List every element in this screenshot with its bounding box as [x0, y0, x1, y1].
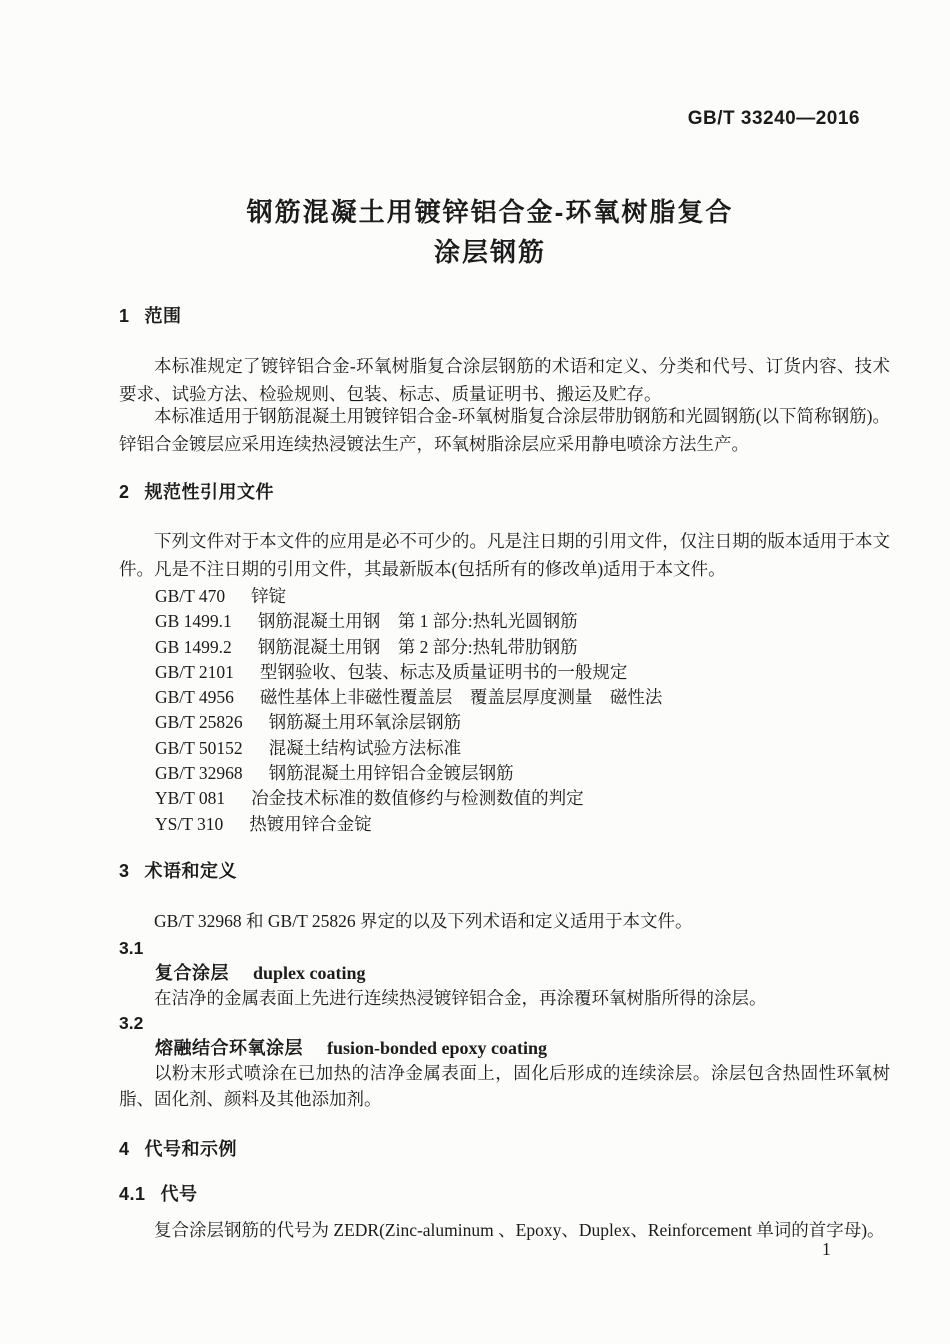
reference-code: GB/T 4956 [155, 687, 234, 707]
reference-code: GB/T 32968 [155, 763, 243, 783]
reference-item: GB/T 2101型钢验收、包装、标志及质量证明书的一般规定 [155, 660, 926, 685]
section-2-paragraph: 下列文件对于本文件的应用是必不可少的。凡是注日期的引用文件，仅注日期的版本适用于… [119, 528, 890, 583]
section-4-heading: 4代号和示例 [119, 1137, 890, 1161]
reference-title: 磁性基体上非磁性覆盖层 覆盖层厚度测量 磁性法 [260, 687, 663, 707]
reference-code: GB/T 25826 [155, 712, 243, 732]
reference-title: 热镀用锌合金锭 [249, 814, 372, 834]
reference-title: 冶金技术标准的数值修约与检测数值的判定 [251, 788, 584, 808]
section-3-intro: GB/T 32968 和 GB/T 25826 界定的以及下列术语和定义适用于本… [119, 908, 890, 936]
page-number: 1 [822, 1239, 831, 1260]
term-1-definition: 在洁净的金属表面上先进行连续热浸镀锌铝合金，再涂覆环氧树脂所得的涂层。 [119, 986, 890, 1012]
reference-code: GB/T 470 [155, 586, 225, 606]
term-1-name: 复合涂层duplex coating [119, 961, 926, 987]
reference-code: GB/T 2101 [155, 662, 234, 682]
reference-list: GB/T 470锌锭 GB 1499.1钢筋混凝土用钢 第 1 部分:热轧光圆钢… [119, 584, 926, 837]
reference-title: 钢筋混凝土用锌铝合金镀层钢筋 [269, 763, 514, 783]
standard-number: GB/T 33240—2016 [688, 108, 860, 130]
section-1-number: 1 [119, 306, 130, 326]
term-2-name-en: fusion-bonded epoxy coating [327, 1038, 547, 1058]
document-title-line2: 涂层钢筋 [30, 232, 950, 272]
reference-item: GB/T 32968钢筋混凝土用锌铝合金镀层钢筋 [155, 761, 926, 786]
reference-title: 混凝土结构试验方法标准 [269, 738, 462, 758]
section-1-paragraph-1: 本标准规定了镀锌铝合金-环氧树脂复合涂层钢筋的术语和定义、分类和代号、订货内容、… [119, 353, 890, 408]
reference-title: 钢筋混凝土用钢 第 2 部分:热轧带肋钢筋 [258, 637, 578, 657]
term-2-definition: 以粉末形式喷涂在已加热的洁净金属表面上，固化后形成的连续涂层。涂层包含热固性环氧… [119, 1061, 890, 1112]
term-1-name-cn: 复合涂层 [155, 963, 229, 983]
section-1-heading: 1范围 [119, 304, 890, 328]
reference-title: 型钢验收、包装、标志及质量证明书的一般规定 [260, 662, 628, 682]
reference-item: GB/T 50152混凝土结构试验方法标准 [155, 736, 926, 761]
reference-code: YB/T 081 [155, 788, 225, 808]
term-2-number: 3.2 [119, 1011, 890, 1037]
reference-code: GB 1499.2 [155, 637, 232, 657]
term-2-name: 熔融结合环氧涂层fusion-bonded epoxy coating [119, 1036, 926, 1062]
reference-item: YS/T 310热镀用锌合金锭 [155, 812, 926, 837]
section-1-title: 范围 [145, 306, 182, 326]
reference-code: GB 1499.1 [155, 611, 232, 631]
section-4-1-heading: 4.1代号 [119, 1182, 890, 1206]
section-4-1-number: 4.1 [119, 1184, 146, 1204]
section-4-1-paragraph: 复合涂层钢筋的代号为 ZEDR(Zinc-aluminum 、Epoxy、Dup… [119, 1217, 890, 1245]
section-1-paragraph-2: 本标准适用于钢筋混凝土用镀锌铝合金-环氧树脂复合涂层带肋钢筋和光圆钢筋(以下简称… [119, 403, 890, 458]
term-2-name-cn: 熔融结合环氧涂层 [155, 1038, 303, 1058]
section-3-title: 术语和定义 [145, 861, 238, 881]
reference-item: GB 1499.2钢筋混凝土用钢 第 2 部分:热轧带肋钢筋 [155, 635, 926, 660]
term-1-name-en: duplex coating [253, 963, 366, 983]
reference-item: GB 1499.1钢筋混凝土用钢 第 1 部分:热轧光圆钢筋 [155, 609, 926, 634]
reference-code: YS/T 310 [155, 814, 223, 834]
reference-item: GB/T 470锌锭 [155, 584, 926, 609]
reference-title: 钢筋混凝土用钢 第 1 部分:热轧光圆钢筋 [258, 611, 578, 631]
reference-code: GB/T 50152 [155, 738, 243, 758]
reference-title: 钢筋凝土用环氧涂层钢筋 [269, 712, 462, 732]
document-page: GB/T 33240—2016 钢筋混凝土用镀锌铝合金-环氧树脂复合 涂层钢筋 … [0, 0, 950, 1344]
section-4-1-title: 代号 [161, 1184, 198, 1204]
section-2-heading: 2规范性引用文件 [119, 480, 890, 504]
reference-item: GB/T 4956磁性基体上非磁性覆盖层 覆盖层厚度测量 磁性法 [155, 685, 926, 710]
section-3-heading: 3术语和定义 [119, 859, 890, 883]
document-title: 钢筋混凝土用镀锌铝合金-环氧树脂复合 涂层钢筋 [30, 192, 950, 272]
reference-item: YB/T 081冶金技术标准的数值修约与检测数值的判定 [155, 786, 926, 811]
document-title-line1: 钢筋混凝土用镀锌铝合金-环氧树脂复合 [30, 192, 950, 232]
reference-title: 锌锭 [251, 586, 286, 606]
section-3-number: 3 [119, 861, 130, 881]
section-4-number: 4 [119, 1139, 130, 1159]
reference-item: GB/T 25826钢筋凝土用环氧涂层钢筋 [155, 710, 926, 735]
section-4-title: 代号和示例 [145, 1139, 238, 1159]
term-1-number: 3.1 [119, 936, 890, 962]
section-2-number: 2 [119, 482, 130, 502]
section-2-title: 规范性引用文件 [145, 482, 275, 502]
